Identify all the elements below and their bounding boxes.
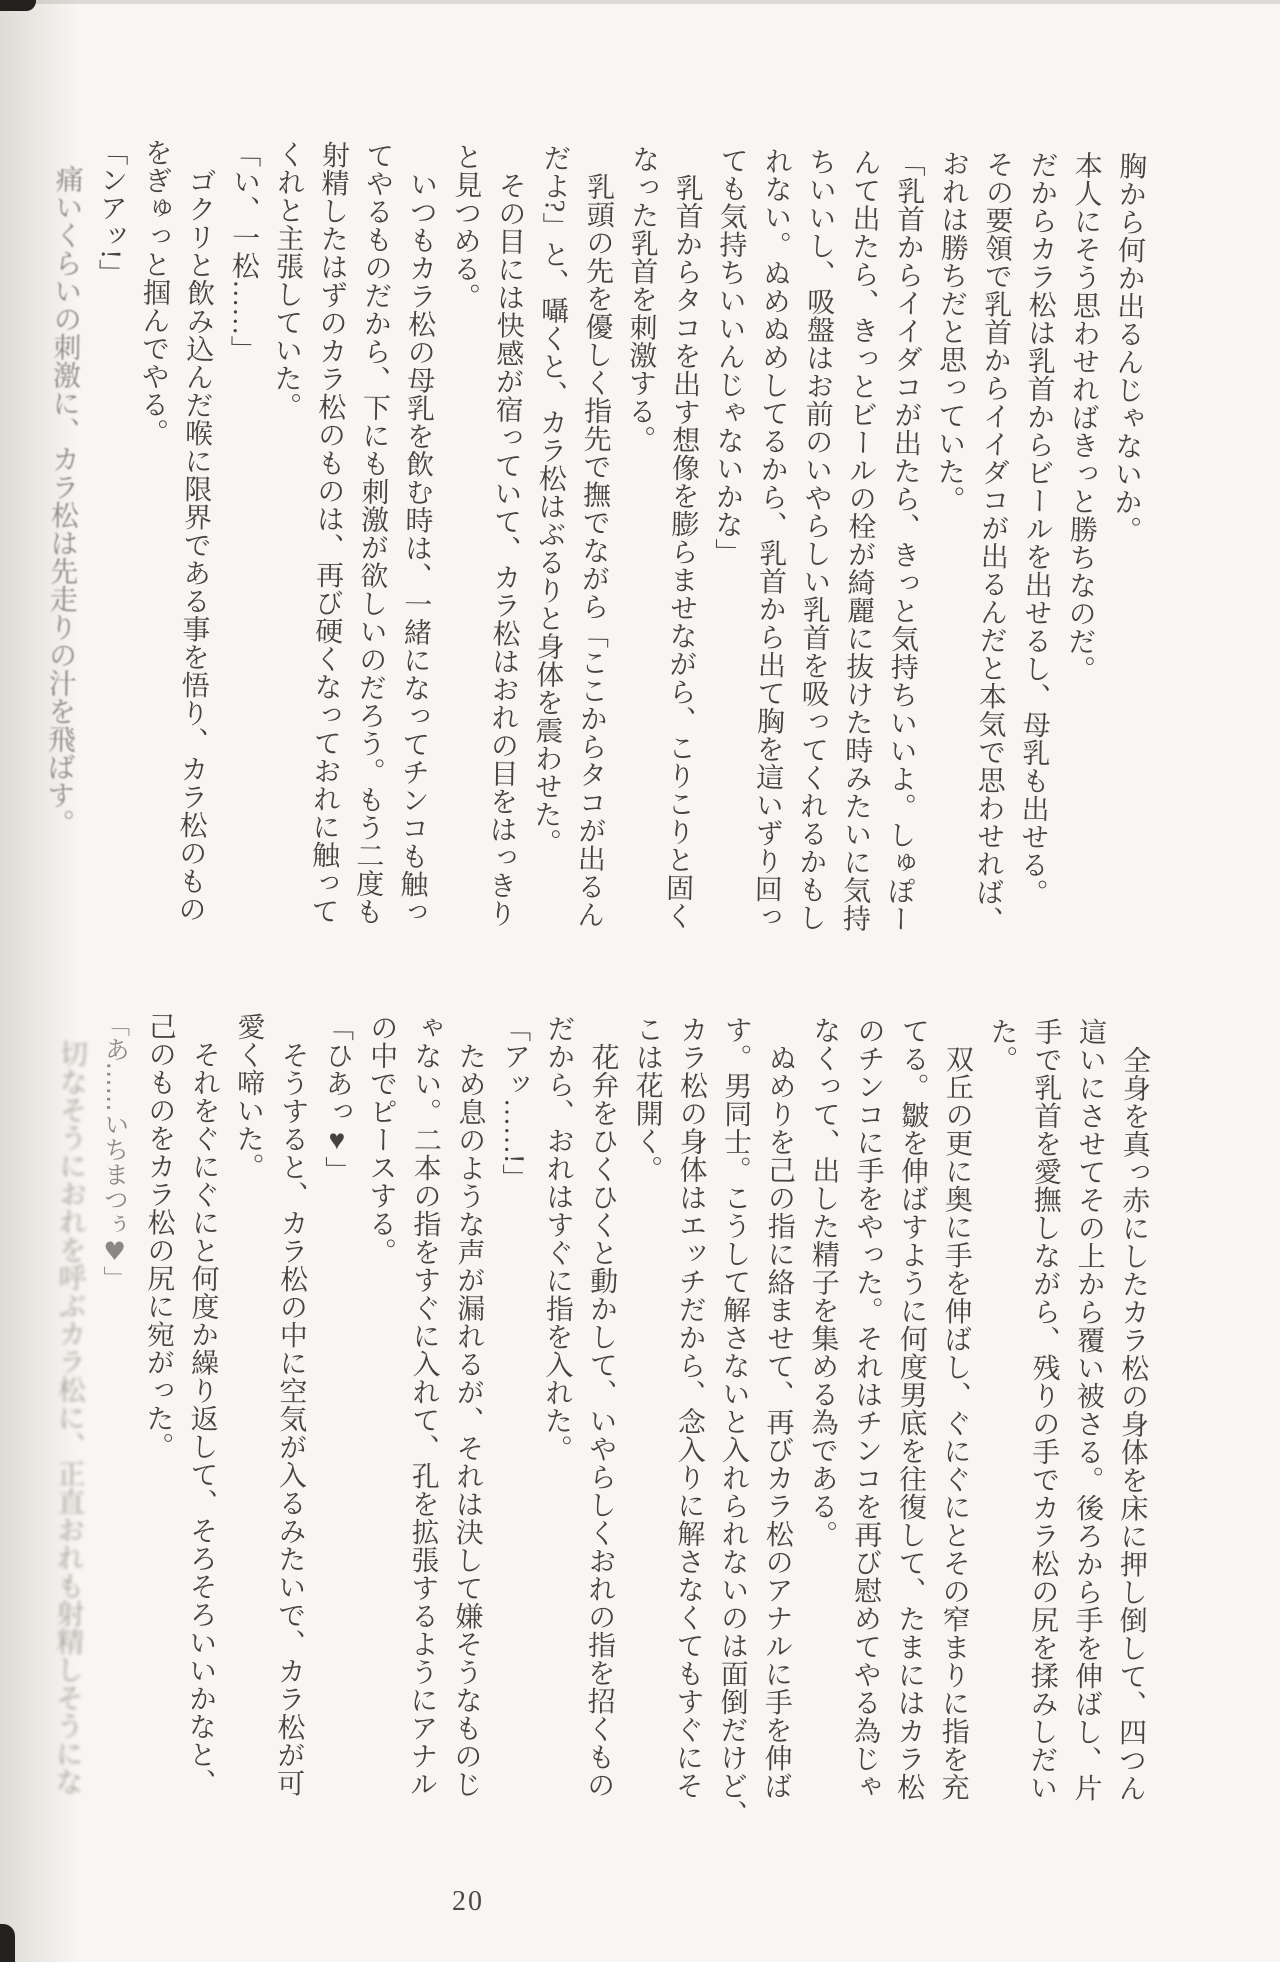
text-line: た。 [974,1017,1023,1835]
text-line: ゃない。二本の指をすぐに入れて、孔を拡張するようにアナル [398,1013,447,1831]
text-line-handwritten: 「あ……いちまつぅ♥」 [88,1012,137,1830]
text-line: そうすると、カラ松の中に空気が入るみたいで、カラ松が可 [265,1013,314,1831]
text-line-blurred: 切なそうにおれを呼ぶカラ松に、正直おれも射精しそうにな [44,1011,93,1829]
text-line: こは花開く。 [619,1015,668,1833]
text-line: 這いにさせてその上から覆い被さる。後ろから手を伸ばし、片 [1062,1017,1111,1835]
text-line: 双丘の更に奥に手を伸ばし、ぐにぐにとその窄まりに指を充 [930,1017,979,1835]
text-line: 全身を真っ赤にしたカラ松の身体を床に押し倒して、四つん [1107,1018,1156,1836]
scan-edge-top [0,0,1280,4]
scan-corner-bottom-left [0,1924,15,1962]
text-line: ため息のような声が漏れるが、それは決して嫌そうなものじ [442,1014,491,1832]
text-block-bottom: 全身を真っ赤にしたカラ松の身体を床に押し倒して、四つん 這いにさせてその上から覆… [44,1011,1156,1836]
text-line: の中でピースする。 [354,1013,403,1831]
text-line: す。男同士。こうして解さないと入れられないのは面倒だけど、 [708,1015,757,1833]
text-line: 手で乳首を愛撫しながら、残りの手でカラ松の尻を揉みしだい [1018,1017,1067,1835]
text-line: 己のものをカラ松の尻に宛がった。 [132,1012,181,1830]
text-block-top: 胸から何か出るんじゃないか。 本人にそう思わせればきっと勝ちなのだ。 だからカラ… [34,137,1152,947]
text-line: てる。皺を伸ばすように何度男底を往復して、たまにはカラ松 [885,1016,934,1834]
page-number: 20 [452,1886,484,1918]
text-line: なくって、出した精子を集める為である。 [797,1016,846,1834]
text-line: のチンコに手をやった。それはチンコを再び慰めてやる為じゃ [841,1016,890,1834]
text-line: だから、おれはすぐに指を入れた。 [531,1014,580,1832]
text-line: 愛く啼いた。 [221,1012,270,1830]
text-line: ぬめりを己の指に絡ませて、再びカラ松のアナルに手を伸ば [752,1016,801,1834]
text-line: 「アッ……!」 [487,1014,536,1832]
page-scan: 胸から何か出るんじゃないか。 本人にそう思わせればきっと勝ちなのだ。 だからカラ… [0,0,1280,1962]
scan-corner-top-left [0,0,36,11]
text-line: 「ひあっ♥」 [309,1013,358,1831]
text-line: それをぐにぐにと何度か繰り返して、そろそろいいかなと、 [176,1012,225,1830]
text-line: 花弁をひくひくと動かして、いやらしくおれの指を招くもの [575,1014,624,1832]
text-line: カラ松の身体はエッチだから、念入りに解さなくてもすぐにそ [664,1015,713,1833]
